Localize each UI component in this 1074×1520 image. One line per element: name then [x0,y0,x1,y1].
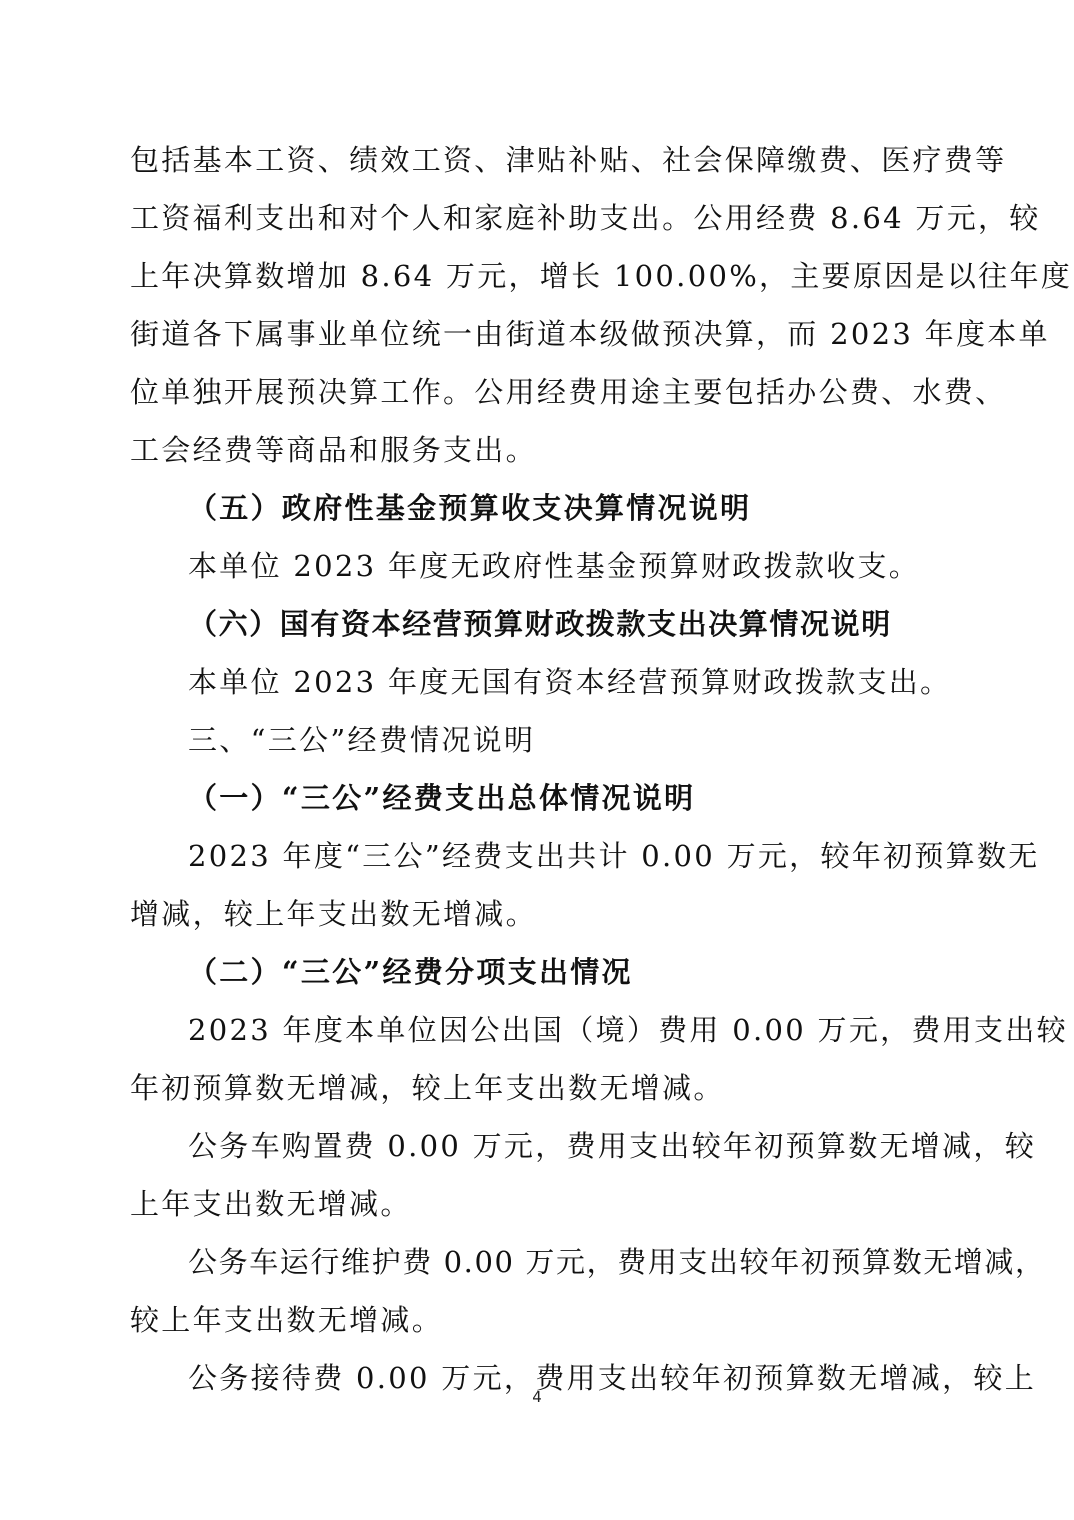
sub-2-item-line: 年初预算数无增减，较上年支出数无增减。 [130,1059,946,1117]
page-number: 4 [0,1388,1074,1406]
section-6-heading: （六）国有资本经营预算财政拨款支出决算情况说明 [130,595,946,653]
sub-2-item-line: 公务车运行维护费 0.00 万元，费用支出较年初预算数无增减， [130,1233,946,1291]
sub-1-line: 增减，较上年支出数无增减。 [130,885,946,943]
sub-1-line: 2023 年度“三公”经费支出共计 0.00 万元，较年初预算数无 [130,827,946,885]
section-5-heading: （五）政府性基金预算收支决算情况说明 [130,479,946,537]
section-6-body: 本单位 2023 年度无国有资本经营预算财政拨款支出。 [130,653,946,711]
sub-2-item-line: 上年支出数无增减。 [130,1175,946,1233]
document-page: 包括基本工资、绩效工资、津贴补贴、社会保障缴费、医疗费等 工资福利支出和对个人和… [130,131,946,1407]
sub-2-item-line: 较上年支出数无增减。 [130,1291,946,1349]
body-line: 工资福利支出和对个人和家庭补助支出。公用经费 8.64 万元，较 [130,189,946,247]
sub-2-item-line: 公务车购置费 0.00 万元，费用支出较年初预算数无增减，较 [130,1117,946,1175]
body-line: 街道各下属事业单位统一由街道本级做预决算，而 2023 年度本单 [130,305,946,363]
body-line: 位单独开展预决算工作。公用经费用途主要包括办公费、水费、 [130,363,946,421]
body-line: 工会经费等商品和服务支出。 [130,421,946,479]
body-line: 上年决算数增加 8.64 万元，增长 100.00%，主要原因是以往年度 [130,247,946,305]
section-5-body: 本单位 2023 年度无政府性基金预算财政拨款收支。 [130,537,946,595]
part-3-heading: 三、“三公”经费情况说明 [130,711,946,769]
sub-2-item-line: 2023 年度本单位因公出国（境）费用 0.00 万元，费用支出较 [130,1001,946,1059]
body-line: 包括基本工资、绩效工资、津贴补贴、社会保障缴费、医疗费等 [130,131,946,189]
sub-1-heading: （一）“三公”经费支出总体情况说明 [130,769,946,827]
sub-2-heading: （二）“三公”经费分项支出情况 [130,943,946,1001]
